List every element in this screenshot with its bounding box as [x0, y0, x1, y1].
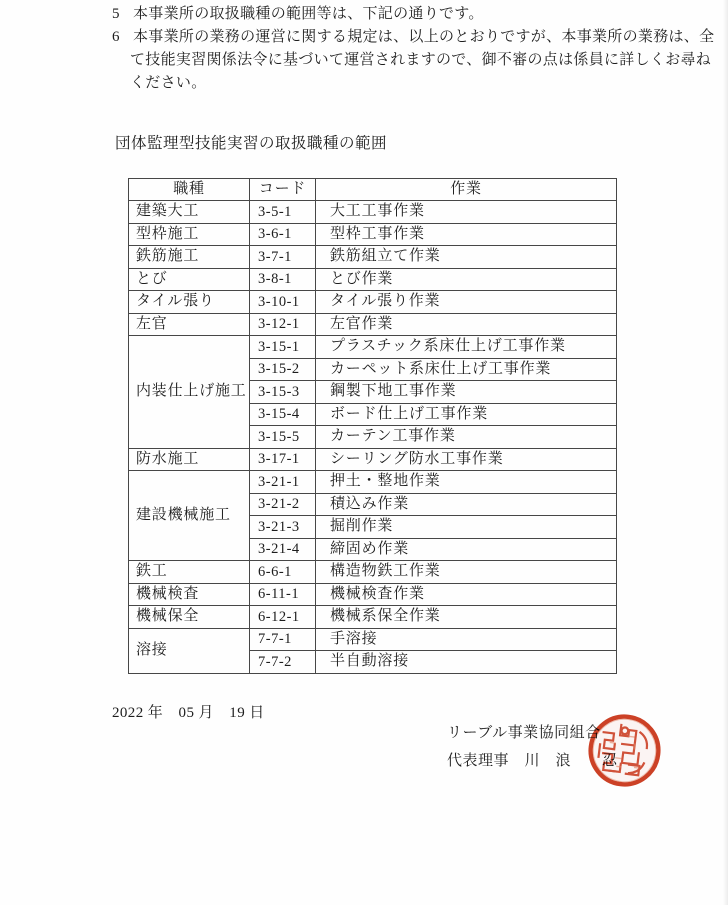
task-cell: カーテン工事作業: [316, 426, 617, 449]
paragraph-number: 5: [112, 6, 133, 23]
table-header-cell: コード: [250, 179, 316, 201]
job-type-cell: 防水施工: [129, 448, 250, 471]
job-type-cell: 建設機械施工: [129, 471, 250, 561]
red-seal-icon: [583, 709, 667, 793]
table-row: タイル張り3-10-1タイル張り作業: [129, 291, 617, 314]
table-row: 建築大工3-5-1大工工事作業: [129, 201, 617, 224]
paragraph-line: 6本事業所の業務の運営に関する規定は、以上のとおりですが、本事業所の業務は、全: [112, 25, 724, 48]
code-cell: 3-6-1: [250, 223, 316, 246]
code-cell: 7-7-2: [250, 651, 316, 674]
job-type-cell: タイル張り: [129, 291, 250, 314]
table-row: 防水施工3-17-1シーリング防水工事作業: [129, 448, 617, 471]
table-row: 建設機械施工3-21-1押土・整地作業: [129, 471, 617, 494]
code-cell: 6-12-1: [250, 606, 316, 629]
code-cell: 3-17-1: [250, 448, 316, 471]
task-cell: タイル張り作業: [316, 291, 617, 314]
code-cell: 3-15-4: [250, 403, 316, 426]
paragraph-text: ください。: [130, 75, 207, 91]
task-cell: シーリング防水工事作業: [316, 448, 617, 471]
code-cell: 7-7-1: [250, 628, 316, 651]
task-cell: 型枠工事作業: [316, 223, 617, 246]
date-line: 2022 年 05 月 19 日: [112, 701, 265, 722]
section-title: 団体監理型技能実習の取扱職種の範囲: [115, 131, 387, 153]
paragraph-text: て技能実習関係法令に基づいて運営されますので、御不審の点は係員に詳しくお尋ね: [130, 52, 711, 68]
table-header: 職種コード作業: [129, 179, 617, 201]
paragraph-line: ください。: [130, 71, 724, 94]
task-cell: 半自動溶接: [316, 651, 617, 674]
paragraph-line: て技能実習関係法令に基づいて運営されますので、御不審の点は係員に詳しくお尋ね: [130, 48, 724, 71]
task-cell: 締固め作業: [316, 538, 617, 561]
task-cell: 鋼製下地工事作業: [316, 381, 617, 404]
code-cell: 6-11-1: [250, 583, 316, 606]
table-row: 鉄筋施工3-7-1鉄筋組立て作業: [129, 246, 617, 269]
task-cell: ボード仕上げ工事作業: [316, 403, 617, 426]
task-cell: 機械検査作業: [316, 583, 617, 606]
job-type-cell: 機械検査: [129, 583, 250, 606]
paragraph-text: 本事業所の業務の運営に関する規定は、以上のとおりですが、本事業所の業務は、全: [133, 29, 714, 45]
job-type-cell: とび: [129, 268, 250, 291]
table-body: 建築大工3-5-1大工工事作業型枠施工3-6-1型枠工事作業鉄筋施工3-7-1鉄…: [129, 201, 617, 674]
code-cell: 3-15-5: [250, 426, 316, 449]
job-type-cell: 左官: [129, 313, 250, 336]
job-type-cell: 建築大工: [129, 201, 250, 224]
table-header-row: 職種コード作業: [129, 179, 617, 201]
table-row: 機械検査6-11-1機械検査作業: [129, 583, 617, 606]
task-cell: 機械系保全作業: [316, 606, 617, 629]
table-row: 内装仕上げ施工3-15-1プラスチック系床仕上げ工事作業: [129, 336, 617, 359]
paragraph-line: 5本事業所の取扱職種の範囲等は、下記の通りです。: [112, 2, 724, 25]
task-cell: 大工工事作業: [316, 201, 617, 224]
code-cell: 3-12-1: [250, 313, 316, 336]
task-cell: プラスチック系床仕上げ工事作業: [316, 336, 617, 359]
code-cell: 3-15-1: [250, 336, 316, 359]
occupation-table: 職種コード作業 建築大工3-5-1大工工事作業型枠施工3-6-1型枠工事作業鉄筋…: [128, 178, 617, 674]
table-row: 型枠施工3-6-1型枠工事作業: [129, 223, 617, 246]
code-cell: 3-15-2: [250, 358, 316, 381]
job-type-cell: 鉄筋施工: [129, 246, 250, 269]
paragraph-text: 本事業所の取扱職種の範囲等は、下記の通りです。: [133, 6, 484, 22]
job-type-cell: 鉄工: [129, 561, 250, 584]
table-row: 左官3-12-1左官作業: [129, 313, 617, 336]
code-cell: 3-21-2: [250, 493, 316, 516]
job-type-cell: 機械保全: [129, 606, 250, 629]
job-type-cell: 内装仕上げ施工: [129, 336, 250, 449]
table-row: 溶接7-7-1手溶接: [129, 628, 617, 651]
task-cell: 掘削作業: [316, 516, 617, 539]
task-cell: カーペット系床仕上げ工事作業: [316, 358, 617, 381]
task-cell: 手溶接: [316, 628, 617, 651]
code-cell: 3-21-4: [250, 538, 316, 561]
code-cell: 3-21-1: [250, 471, 316, 494]
table-header-cell: 作業: [316, 179, 617, 201]
task-cell: とび作業: [316, 268, 617, 291]
document-page: 5本事業所の取扱職種の範囲等は、下記の通りです。6本事業所の業務の運営に関する規…: [0, 0, 728, 905]
code-cell: 3-5-1: [250, 201, 316, 224]
table-row: 機械保全6-12-1機械系保全作業: [129, 606, 617, 629]
scan-edge-artifact: [723, 0, 728, 905]
code-cell: 3-7-1: [250, 246, 316, 269]
task-cell: 構造物鉄工作業: [316, 561, 617, 584]
table-row: とび3-8-1とび作業: [129, 268, 617, 291]
job-type-cell: 型枠施工: [129, 223, 250, 246]
numbered-paragraphs: 5本事業所の取扱職種の範囲等は、下記の通りです。6本事業所の業務の運営に関する規…: [112, 2, 724, 94]
job-type-cell: 溶接: [129, 628, 250, 673]
task-cell: 押土・整地作業: [316, 471, 617, 494]
task-cell: 左官作業: [316, 313, 617, 336]
code-cell: 6-6-1: [250, 561, 316, 584]
table-row: 鉄工6-6-1構造物鉄工作業: [129, 561, 617, 584]
paragraph-number: 6: [112, 29, 133, 46]
code-cell: 3-15-3: [250, 381, 316, 404]
code-cell: 3-21-3: [250, 516, 316, 539]
task-cell: 積込み作業: [316, 493, 617, 516]
task-cell: 鉄筋組立て作業: [316, 246, 617, 269]
code-cell: 3-10-1: [250, 291, 316, 314]
table-header-cell: 職種: [129, 179, 250, 201]
code-cell: 3-8-1: [250, 268, 316, 291]
